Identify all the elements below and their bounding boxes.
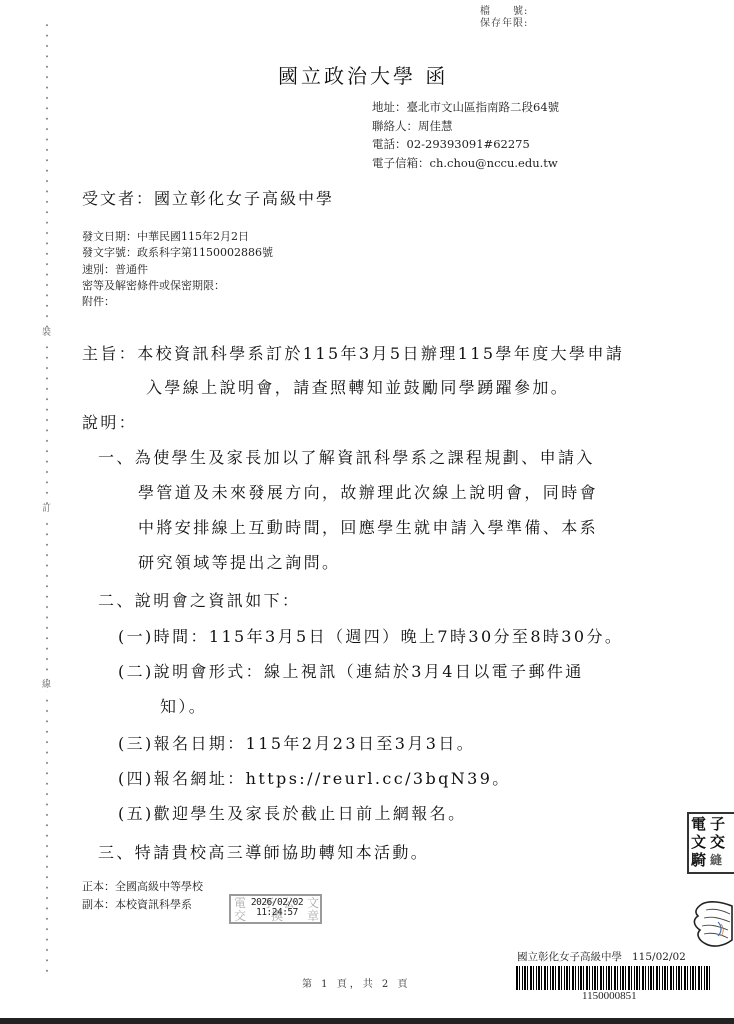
attachments: 附件：: [82, 294, 273, 310]
address: 地址：臺北市文山區指南路二段64號: [372, 98, 559, 117]
binding-dotted-line: [46, 20, 48, 980]
item1-line-2: 學管道及未來發展方向，故辦理此次線上說明會，同時會: [138, 480, 598, 503]
seal-char: 電: [691, 816, 706, 833]
retention-period-label: 保存年限:: [480, 18, 528, 30]
item1-line-4: 研究領域等提出之詢問。: [138, 550, 340, 573]
email: 電子信箱：ch.chou@nccu.edu.tw: [372, 154, 559, 173]
doc-number: 發文字號：政系科字第1150002886號: [82, 245, 273, 261]
item1-line-1: 一、為使學生及家長加以了解資訊科學系之課程規劃、申請入: [98, 445, 595, 468]
item2-sub1: (一)時間：115年3月5日（週四）晚上7時30分至8時30分。: [118, 624, 623, 647]
item2-sub5: (五)歡迎學生及家長於截止日前上網報名。: [118, 801, 467, 824]
document-title: 國立政治大學 函: [278, 60, 448, 89]
phone: 電話：02-29393091#62275: [372, 135, 559, 154]
item1-line-3: 中將安排線上互動時間，回應學生就申請入學準備、本系: [138, 515, 598, 538]
confidentiality: 密等及解密條件或保密期限：: [82, 278, 273, 294]
receiver-stamp-line: 國立彰化女子高級中學115/02/02: [517, 949, 686, 964]
seal-char: 文: [691, 834, 706, 851]
signature-icon: [688, 900, 734, 950]
file-number-label: 檔 號:: [480, 6, 528, 18]
binding-label-xian: 線: [42, 680, 51, 691]
distribution-block: 正本：全國高級中等學校 副本：本校資訊科學系: [82, 878, 203, 914]
seal-char: 交: [710, 834, 725, 851]
item2-sub2-line-1: (二)說明會形式：線上視訊（連結於3月4日以電子郵件通: [118, 659, 584, 682]
explanation-heading: 說明：: [82, 410, 137, 433]
subject-line-2: 入學線上說明會，請查照轉知並鼓勵同學踴躍參加。: [146, 375, 569, 398]
cross-page-seal: 電 子 文 交 騎 縫: [687, 812, 734, 874]
stamp-timestamp: 2026/02/02 11:24:57: [241, 898, 313, 918]
stamp-time: 11:24:57: [241, 908, 313, 918]
delivery-speed: 速別：普通件: [82, 262, 273, 278]
recipient: 受文者：國立彰化女子高級中學: [82, 186, 334, 209]
page-number: 第 1 頁，共 2 頁: [302, 975, 410, 990]
item3: 三、特請貴校高三導師協助轉知本活動。: [98, 840, 429, 863]
viewer-bottom-bar: [0, 1018, 734, 1024]
item2-sub3: (三)報名日期：115年2月23日至3月3日。: [118, 731, 475, 754]
file-meta: 檔 號: 保存年限:: [480, 6, 528, 30]
copy-recipient: 副本：本校資訊科學系: [82, 896, 203, 914]
item2-sub4: (四)報名網址：https://reurl.cc/3bqN39。: [118, 766, 511, 789]
document-meta: 發文日期：中華民國115年2月2日 發文字號：政系科字第1150002886號 …: [82, 229, 273, 310]
contact-block: 地址：臺北市文山區指南路二段64號 聯絡人：周佳慧 電話：02-29393091…: [372, 98, 559, 172]
seal-char: 子: [710, 816, 725, 833]
seal-char: 縫: [710, 852, 722, 869]
barcode: [516, 966, 712, 990]
binding-label-ding: 訂: [42, 504, 51, 515]
subject-line-1: 主旨：本校資訊科學系訂於115年3月5日辦理115學年度大學申請: [82, 341, 624, 364]
receiver-name: 國立彰化女子高級中學: [517, 951, 622, 963]
issue-date: 發文日期：中華民國115年2月2日: [82, 229, 273, 245]
receive-date: 115/02/02: [632, 951, 686, 963]
seal-char: 騎: [691, 852, 706, 869]
item2-heading: 二、說明會之資訊如下：: [98, 588, 300, 611]
binding-label-zhuang: 裝: [42, 328, 51, 339]
contact-person: 聯絡人：周佳慧: [372, 117, 559, 136]
electronic-exchange-stamp: 電 子 公 文 交 換 章 2026/02/02 11:24:57: [229, 894, 322, 924]
original-recipient: 正本：全國高級中等學校: [82, 878, 203, 896]
barcode-number: 1150000851: [582, 990, 637, 1002]
item2-sub2-line-2: 知）。: [160, 694, 207, 717]
